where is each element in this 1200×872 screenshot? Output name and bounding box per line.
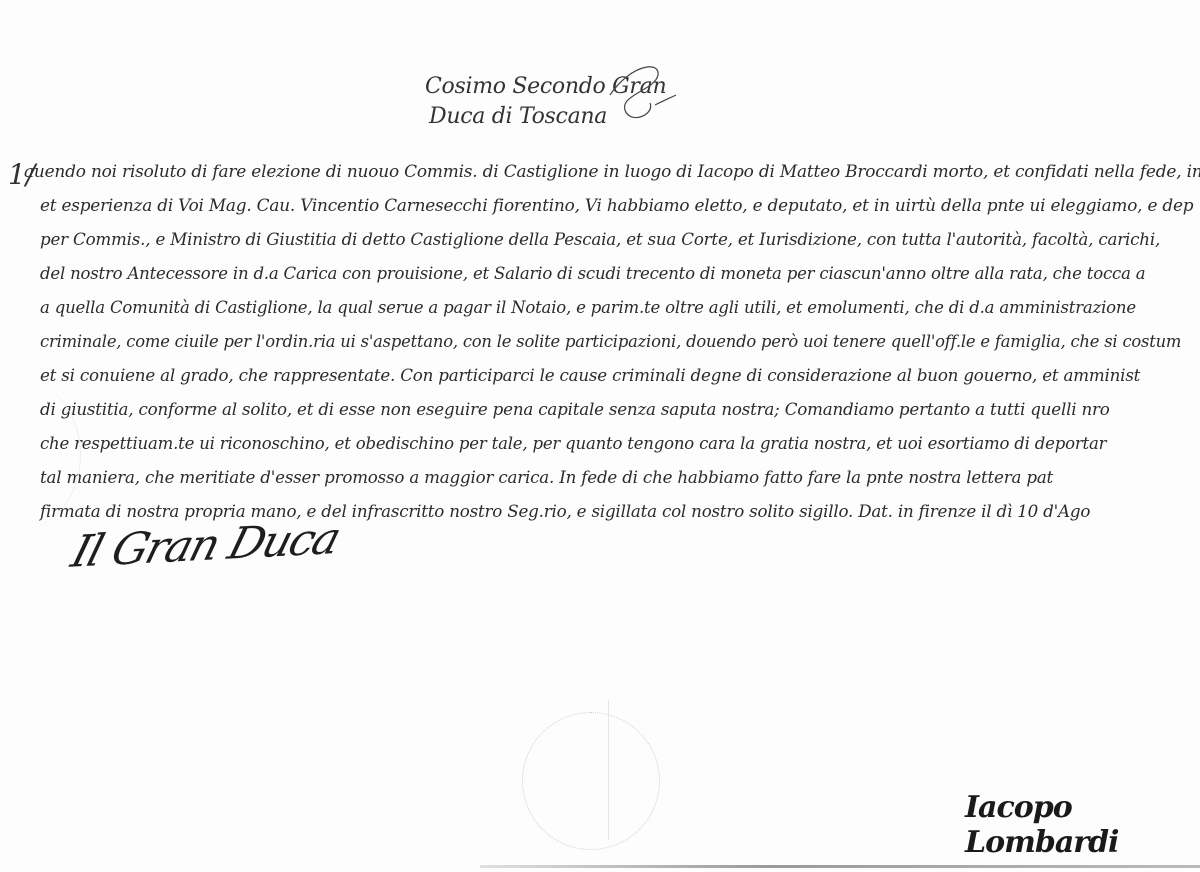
body-line: criminale, come ciuile per l'ordin.ria u… xyxy=(40,332,1181,352)
body-line: et esperienza di Voi Mag. Cau. Vincentio… xyxy=(40,196,1193,216)
body-line: et si conuiene al grado, che rappresenta… xyxy=(40,366,1140,386)
body-line: del nostro Antecessore in d.a Carica con… xyxy=(40,264,1145,284)
body-line: firmata di nostra propria mano, e del in… xyxy=(40,502,1090,522)
seal-impression-icon xyxy=(522,712,660,850)
scan-edge xyxy=(480,865,1200,868)
body-line: per Commis., e Ministro di Giustitia di … xyxy=(40,230,1160,250)
grand-duke-signature: Il Gran Duca xyxy=(66,513,345,578)
body-line: che respettiuam.te ui riconoschino, et o… xyxy=(40,434,1106,454)
body-line: tal maniera, che meritiate d'esser promo… xyxy=(40,468,1053,488)
body-line: a quella Comunità di Castiglione, la qua… xyxy=(40,298,1136,318)
body-line: di giustitia, conforme al solito, et di … xyxy=(40,400,1110,420)
manuscript-page: Cosimo Secondo Gran Duca di Toscana 1/ a… xyxy=(0,0,1200,872)
heading-flourish-icon xyxy=(600,55,680,135)
paper-crease xyxy=(608,700,609,840)
body-line: auendo noi risoluto di fare elezione di … xyxy=(24,162,1200,182)
secretary-signature: Iacopo Lombardi xyxy=(965,790,1200,860)
